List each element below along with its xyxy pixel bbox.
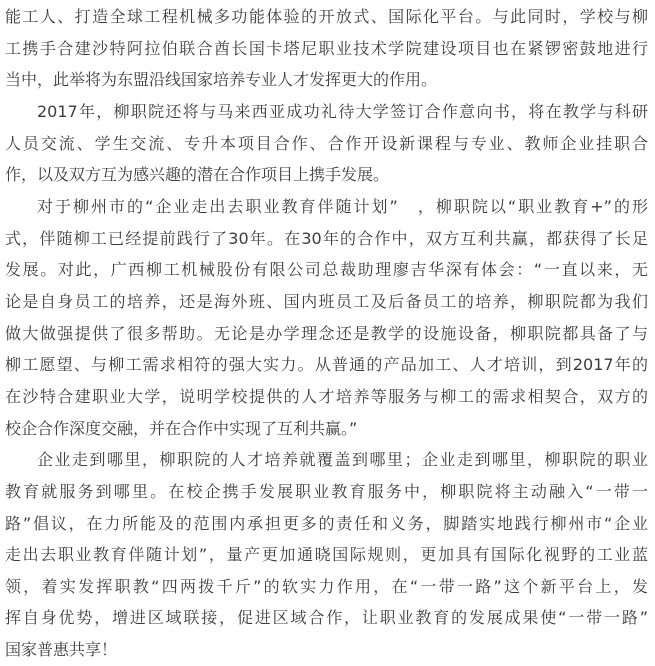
paragraph: 能工人、打造全球工程机械多功能体验的开放式、国际化平台。与此同时，学校与柳工携手… <box>5 1 648 96</box>
text-line: 企业走到哪里，柳职院的人才培养就覆盖到哪里；企业走到哪里，柳职院的职业 <box>5 444 648 476</box>
text-line: 柳工愿望、与柳工需求相符的强大实力。从普通的产品加工、人才培训，到2017年的 <box>5 349 648 381</box>
text-line: 在沙特合建职业大学，说明学校提供的人才培养等服务与柳工的需求相契合，双方的 <box>5 381 648 413</box>
text-line: 工携手合建沙特阿拉伯联合酋长国卡塔尼职业技术学院建设项目也在紧锣密鼓地进行 <box>5 33 648 65</box>
text-line: 论是自身员工的培养，还是海外班、国内班员工及后备员工的培养，柳职院都为我们 <box>5 286 648 318</box>
document-page: 能工人、打造全球工程机械多功能体验的开放式、国际化平台。与此同时，学校与柳工携手… <box>0 0 655 666</box>
text-line: 走出去职业教育伴随计划”，量产更加通晓国际规则，更加具有国际化视野的工业蓝 <box>5 539 648 571</box>
paragraph: 企业走到哪里，柳职院的人才培养就覆盖到哪里；企业走到哪里，柳职院的职业教育就服务… <box>5 444 648 666</box>
text-line: 式，伴随柳工已经提前践行了30年。在30年的合作中，双方互利共赢，都获得了长足 <box>5 223 648 255</box>
text-line: 做大做强提供了很多帮助。无论是办学理念还是教学的设施设备，柳职院都具备了与 <box>5 318 648 350</box>
text-line: 当中，此举将为东盟沿线国家培养专业人才发挥更大的作用。 <box>5 64 648 96</box>
article-text: 能工人、打造全球工程机械多功能体验的开放式、国际化平台。与此同时，学校与柳工携手… <box>5 1 648 666</box>
paragraph: 2017年，柳职院还将与马来西亚成功礼待大学签订合作意向书，将在教学与科研人员交… <box>5 96 648 191</box>
text-line: 2017年，柳职院还将与马来西亚成功礼待大学签订合作意向书，将在教学与科研 <box>5 96 648 128</box>
text-line: 人员交流、学生交流、专升本项目合作、合作开设新课程与专业、教师企业挂职合 <box>5 128 648 160</box>
text-line: 领，着实发挥职教“四两拨千斤”的软实力作用，在“一带一路”这个新平台上，发 <box>5 571 648 603</box>
text-line: 挥自身优势，增进区域联接，促进区域合作，让职业教育的发展成果使“一带一路” <box>5 602 648 634</box>
text-line: 国家普惠共享！ <box>5 634 648 666</box>
text-line: 作，以及双方互为感兴趣的潜在合作项目上携手发展。 <box>5 159 648 191</box>
text-line: 路”倡议，在力所能及的范围内承担更多的责任和义务，脚踏实地践行柳州市“企业 <box>5 508 648 540</box>
text-line: 校企合作深度交融，并在合作中实现了互利共赢。” <box>5 413 648 445</box>
paragraph: 对于柳州市的“企业走出去职业教育伴随计划” ，柳职院以“职业教育+”的形式，伴随… <box>5 191 648 444</box>
text-line: 发展。对此，广西柳工机械股份有限公司总裁助理廖吉华深有体会：“一直以来，无 <box>5 254 648 286</box>
text-line: 对于柳州市的“企业走出去职业教育伴随计划” ，柳职院以“职业教育+”的形 <box>5 191 648 223</box>
text-line: 教育就服务到哪里。在校企携手发展职业教育服务中，柳职院将主动融入“一带一 <box>5 476 648 508</box>
text-line: 能工人、打造全球工程机械多功能体验的开放式、国际化平台。与此同时，学校与柳 <box>5 1 648 33</box>
